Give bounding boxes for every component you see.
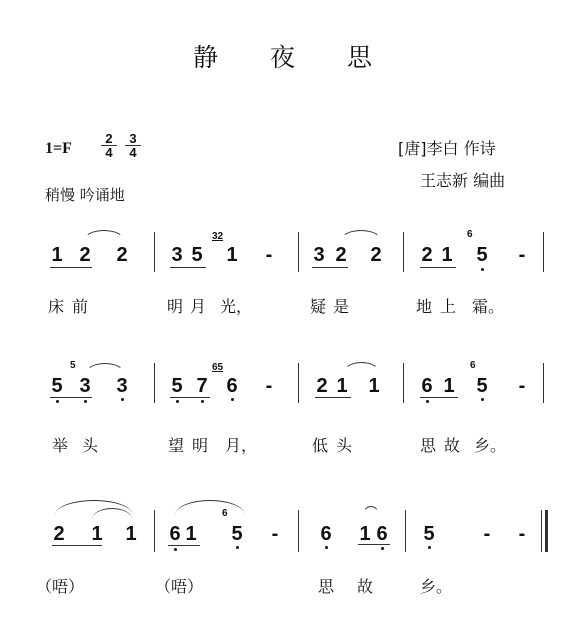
lyric: 疑 [310,294,326,317]
barline [154,232,155,272]
note: 3 [170,245,184,265]
lyric: 月， [225,433,257,456]
low-octave-dot [481,398,484,401]
barline [403,363,404,403]
barline [543,363,544,403]
low-octave-dot [481,268,484,271]
note: 2 [334,245,348,265]
underline-beam [420,267,456,268]
barline [298,232,299,272]
lyric: 故 [357,574,373,597]
note: 3 [312,245,326,265]
note: 7 [195,376,209,396]
lyric: 前 [72,294,88,317]
dash: - [262,245,276,265]
low-octave-dot [325,546,328,549]
slur [85,363,125,374]
low-octave-dot [174,548,177,551]
note: 2 [369,245,383,265]
lyric: 上 [440,294,456,317]
dash: - [268,524,282,544]
underline-beam [312,267,348,268]
lyric: 乡。 [420,574,452,597]
lyric: 光， [220,294,252,317]
barline [405,510,406,552]
grace-note: 6 [470,361,476,371]
lyric: 望 [168,433,184,456]
note: 1 [184,524,198,544]
barline [154,510,155,552]
slur [362,506,380,517]
note: 5 [170,376,184,396]
lyric: 思 [318,574,334,597]
tempo-marking: 稍慢 吟诵地 [45,184,125,205]
key-signature: 1=F [45,140,72,158]
lyric: 月 [190,294,206,317]
low-octave-dot [56,400,59,403]
low-octave-dot [381,547,384,550]
note: 1 [50,245,64,265]
note: 1 [335,376,349,396]
note: 5 [475,245,489,265]
poet-credit: [唐]李白 作诗 [398,136,496,159]
low-octave-dot [426,400,429,403]
slur [340,230,382,241]
note: 1 [90,524,104,544]
lyric: 头 [82,433,98,456]
underline-beam [50,397,92,398]
note: 2 [420,245,434,265]
lyric: 故 [444,433,460,456]
underline-beam [50,267,92,268]
composer-credit: 王志新 编曲 [420,168,505,191]
lyric: 乡。 [474,433,506,456]
note: 5 [50,376,64,396]
low-octave-dot [121,398,124,401]
dash: - [515,524,529,544]
final-barline-thick [545,510,548,552]
grace-note: 6 [222,509,228,519]
note: 6 [375,524,389,544]
lyric: 低 [312,433,328,456]
lyric: 举 [52,433,68,456]
low-octave-dot [84,400,87,403]
note: 2 [115,245,129,265]
dash: - [515,376,529,396]
lyric: 是 [333,294,349,317]
grace-note: 65 [212,363,223,373]
note: 6 [225,376,239,396]
slur [83,230,125,241]
underline-beam [420,397,458,398]
note: 1 [225,245,239,265]
dash: - [515,245,529,265]
note: 5 [475,376,489,396]
time-signature-3-4: 3 4 [125,132,141,159]
note: 1 [440,245,454,265]
underline-beam [315,397,351,398]
dash: - [262,376,276,396]
low-octave-dot [176,400,179,403]
slur [175,500,245,515]
slur [343,362,380,373]
low-octave-dot [236,546,239,549]
grace-note: 6 [467,230,473,240]
time-signature-2-4: 2 4 [101,132,117,159]
lyric: 头 [336,433,352,456]
lyric: 思 [420,433,436,456]
song-title: 静 夜 思 [0,38,587,74]
note: 3 [78,376,92,396]
underline-beam [168,545,200,546]
barline [298,363,299,403]
grace-note: 32 [212,232,223,242]
final-barline-thin [541,510,542,552]
note: 1 [442,376,456,396]
barline [543,232,544,272]
underline-beam [170,267,206,268]
low-octave-dot [201,400,204,403]
note: 2 [52,524,66,544]
underline-beam [52,545,102,546]
lyric: 霜。 [472,294,504,317]
barline [298,510,299,552]
note: 2 [315,376,329,396]
note: 5 [190,245,204,265]
note: 1 [124,524,138,544]
barline [154,363,155,403]
lyric: 床 [48,294,64,317]
note: 1 [367,376,381,396]
note: 2 [78,245,92,265]
low-octave-dot [428,546,431,549]
low-octave-dot [231,398,234,401]
note: 6 [319,524,333,544]
lyric: 明 [167,294,183,317]
dash: - [480,524,494,544]
note: 6 [168,524,182,544]
note: 3 [115,376,129,396]
lyric: 明 [192,433,208,456]
lyric: 地 [416,294,432,317]
underline-beam [358,544,390,545]
grace-note: 5 [70,361,76,371]
note: 6 [420,376,434,396]
note: 5 [422,524,436,544]
note: 5 [230,524,244,544]
underline-beam [170,397,210,398]
lyric: （唔） [36,574,84,597]
barline [403,232,404,272]
lyric: （唔） [155,574,203,597]
note: 1 [358,524,372,544]
